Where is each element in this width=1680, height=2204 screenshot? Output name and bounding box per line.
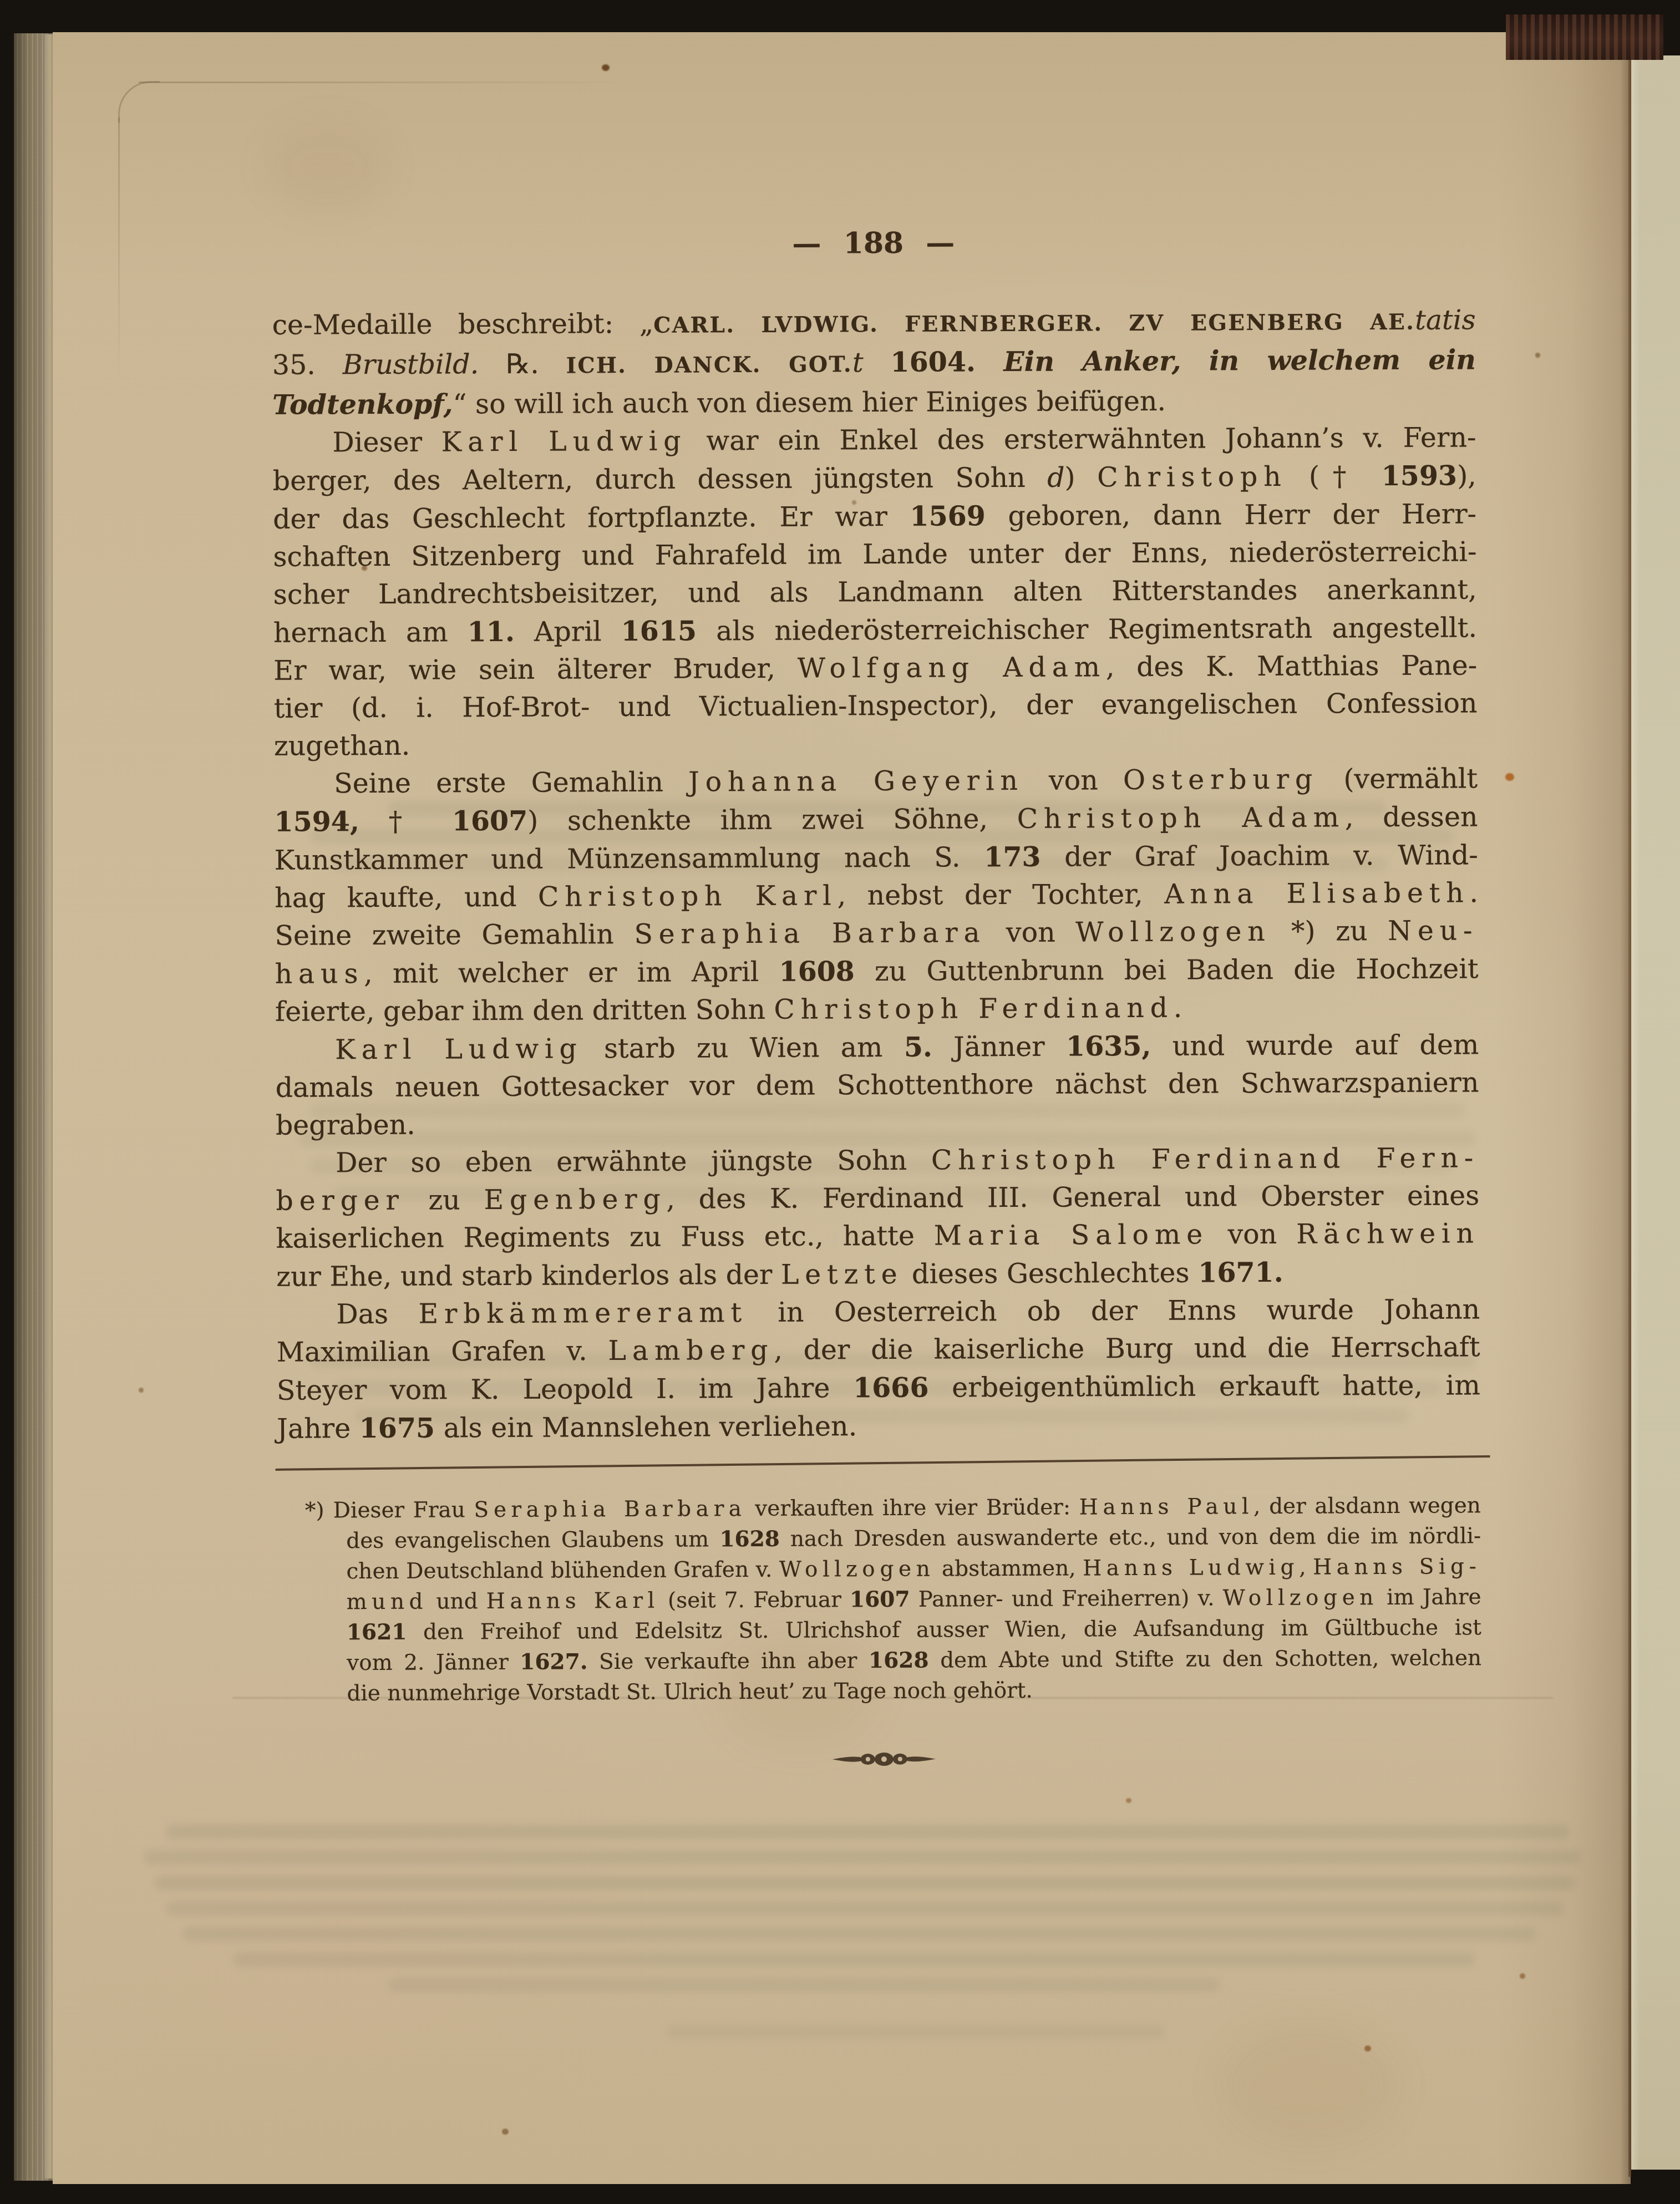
footnote: *)Dieser Frau Seraphia Barbara verkaufte… [305, 1490, 1482, 1709]
text-line: Der so eben erwähnte jüngste Sohn Christ… [276, 1139, 1479, 1182]
text-line: zur Ehe, und starb kinderlos als der Let… [276, 1252, 1480, 1296]
text-line: Maximilian Grafen v. Lamberg, der die ka… [277, 1328, 1480, 1371]
text-line: schaften Sitzenberg und Fahrafeld im Lan… [273, 533, 1476, 576]
footnote-marker: *) [305, 1498, 324, 1523]
text-line: mund und Hanns Karl (seit 7. Februar 160… [305, 1582, 1481, 1617]
text-line: zugethan. [274, 722, 1478, 765]
text-line: Steyer vom K. Leopold I. im Jahre 1666 e… [277, 1366, 1480, 1409]
text-line: hag kaufte, und Christoph Karl, nebst de… [275, 874, 1478, 917]
text-line: feierte, gebar ihm den dritten Sohn Chri… [275, 988, 1479, 1030]
paragraph: Seine erste Gemahlin Johanna Geyerin von… [274, 760, 1479, 1030]
text-line: 35. Brustbild. ℞. ICH. DANCK. GOT.t 1604… [272, 341, 1476, 385]
page-number: — 188 — [272, 224, 1475, 262]
paragraph: Der so eben erwähnte jüngste Sohn Christ… [276, 1139, 1480, 1296]
text-line: haus, mit welcher er im April 1608 zu Gu… [275, 949, 1479, 993]
footnote-lines: *)Dieser Frau Seraphia Barbara verkaufte… [305, 1490, 1482, 1709]
text-line: Karl Ludwig starb zu Wien am 5. Jänner 1… [275, 1025, 1479, 1069]
text-line: berger zu Egenberg, des K. Ferdinand III… [276, 1177, 1479, 1220]
scanned-book-photo: { "palette": { "paper": "#cbb795", "ink"… [0, 0, 1680, 2204]
text-line: Todtenkopf,“ so will ich auch von diesem… [272, 380, 1476, 424]
paragraph: ce-Medaille beschreibt: „CARL. LVDWIG. F… [272, 301, 1476, 424]
text-line: Jahre 1675 als ein Mannslehen verliehen. [277, 1404, 1480, 1448]
text-line: der das Geschlecht fortpflanzte. Er war … [273, 495, 1476, 538]
paragraph: Dieser Karl Ludwig war ein Enkel des ers… [272, 419, 1478, 765]
text-line: damals neuen Gottesacker vor dem Schotte… [275, 1064, 1479, 1106]
body-text: ce-Medaille beschreibt: „CARL. LVDWIG. F… [272, 301, 1480, 1448]
footnote-rule [276, 1455, 1490, 1471]
text-line: Das Erbkämmereramt in Oesterreich ob der… [276, 1291, 1480, 1333]
text-line: 1621 den Freihof und Edelsitz St. Ulrich… [306, 1612, 1481, 1648]
text-line: begraben. [276, 1101, 1479, 1144]
text-line: kaiserlichen Regiments zu Fuss etc., hat… [276, 1215, 1480, 1257]
text-line: Seine erste Gemahlin Johanna Geyerin von… [274, 760, 1478, 803]
text-line: die nunmehrige Vorstadt St. Ulrich heut’… [306, 1673, 1481, 1709]
text-line: ce-Medaille beschreibt: „CARL. LVDWIG. F… [272, 301, 1475, 346]
printed-page-content: — 188 — ce-Medaille beschreibt: „CARL. L… [0, 0, 1680, 2204]
paragraph: Das Erbkämmereramt in Oesterreich ob der… [276, 1291, 1480, 1448]
text-line: Er war, wie sein älterer Bruder, Wolfgan… [273, 647, 1477, 689]
end-ornament [831, 1748, 937, 1771]
text-line: vom 2. Jänner 1627. Sie verkaufte ihn ab… [306, 1643, 1481, 1678]
text-line: Dieser Karl Ludwig war ein Enkel des ers… [272, 419, 1476, 461]
text-line: Seine zweite Gemahlin Seraphia Barbara v… [275, 912, 1478, 954]
paragraph: Karl Ludwig starb zu Wien am 5. Jänner 1… [275, 1025, 1479, 1144]
text-line: 1594, † 1607) schenkte ihm zwei Söhne, C… [274, 798, 1478, 841]
text-line: *)Dieser Frau Seraphia Barbara verkaufte… [305, 1490, 1481, 1526]
text-line: scher Landrechtsbeisitzer, und als Landm… [273, 571, 1477, 613]
text-line: chen Deutschland blühenden Grafen v. Wol… [305, 1551, 1481, 1587]
text-line: hernach am 11. April 1615 als niederöste… [273, 608, 1477, 652]
text-line: tier (d. i. Hof-Brot- und Victualien-Ins… [273, 684, 1477, 727]
text-line: des evangelischen Glaubens um 1628 nach … [305, 1521, 1481, 1556]
text-line: Kunstkammer und Münzensammlung nach S. 1… [275, 836, 1478, 879]
text-line: berger, des Aeltern, durch dessen jüngst… [273, 456, 1476, 500]
